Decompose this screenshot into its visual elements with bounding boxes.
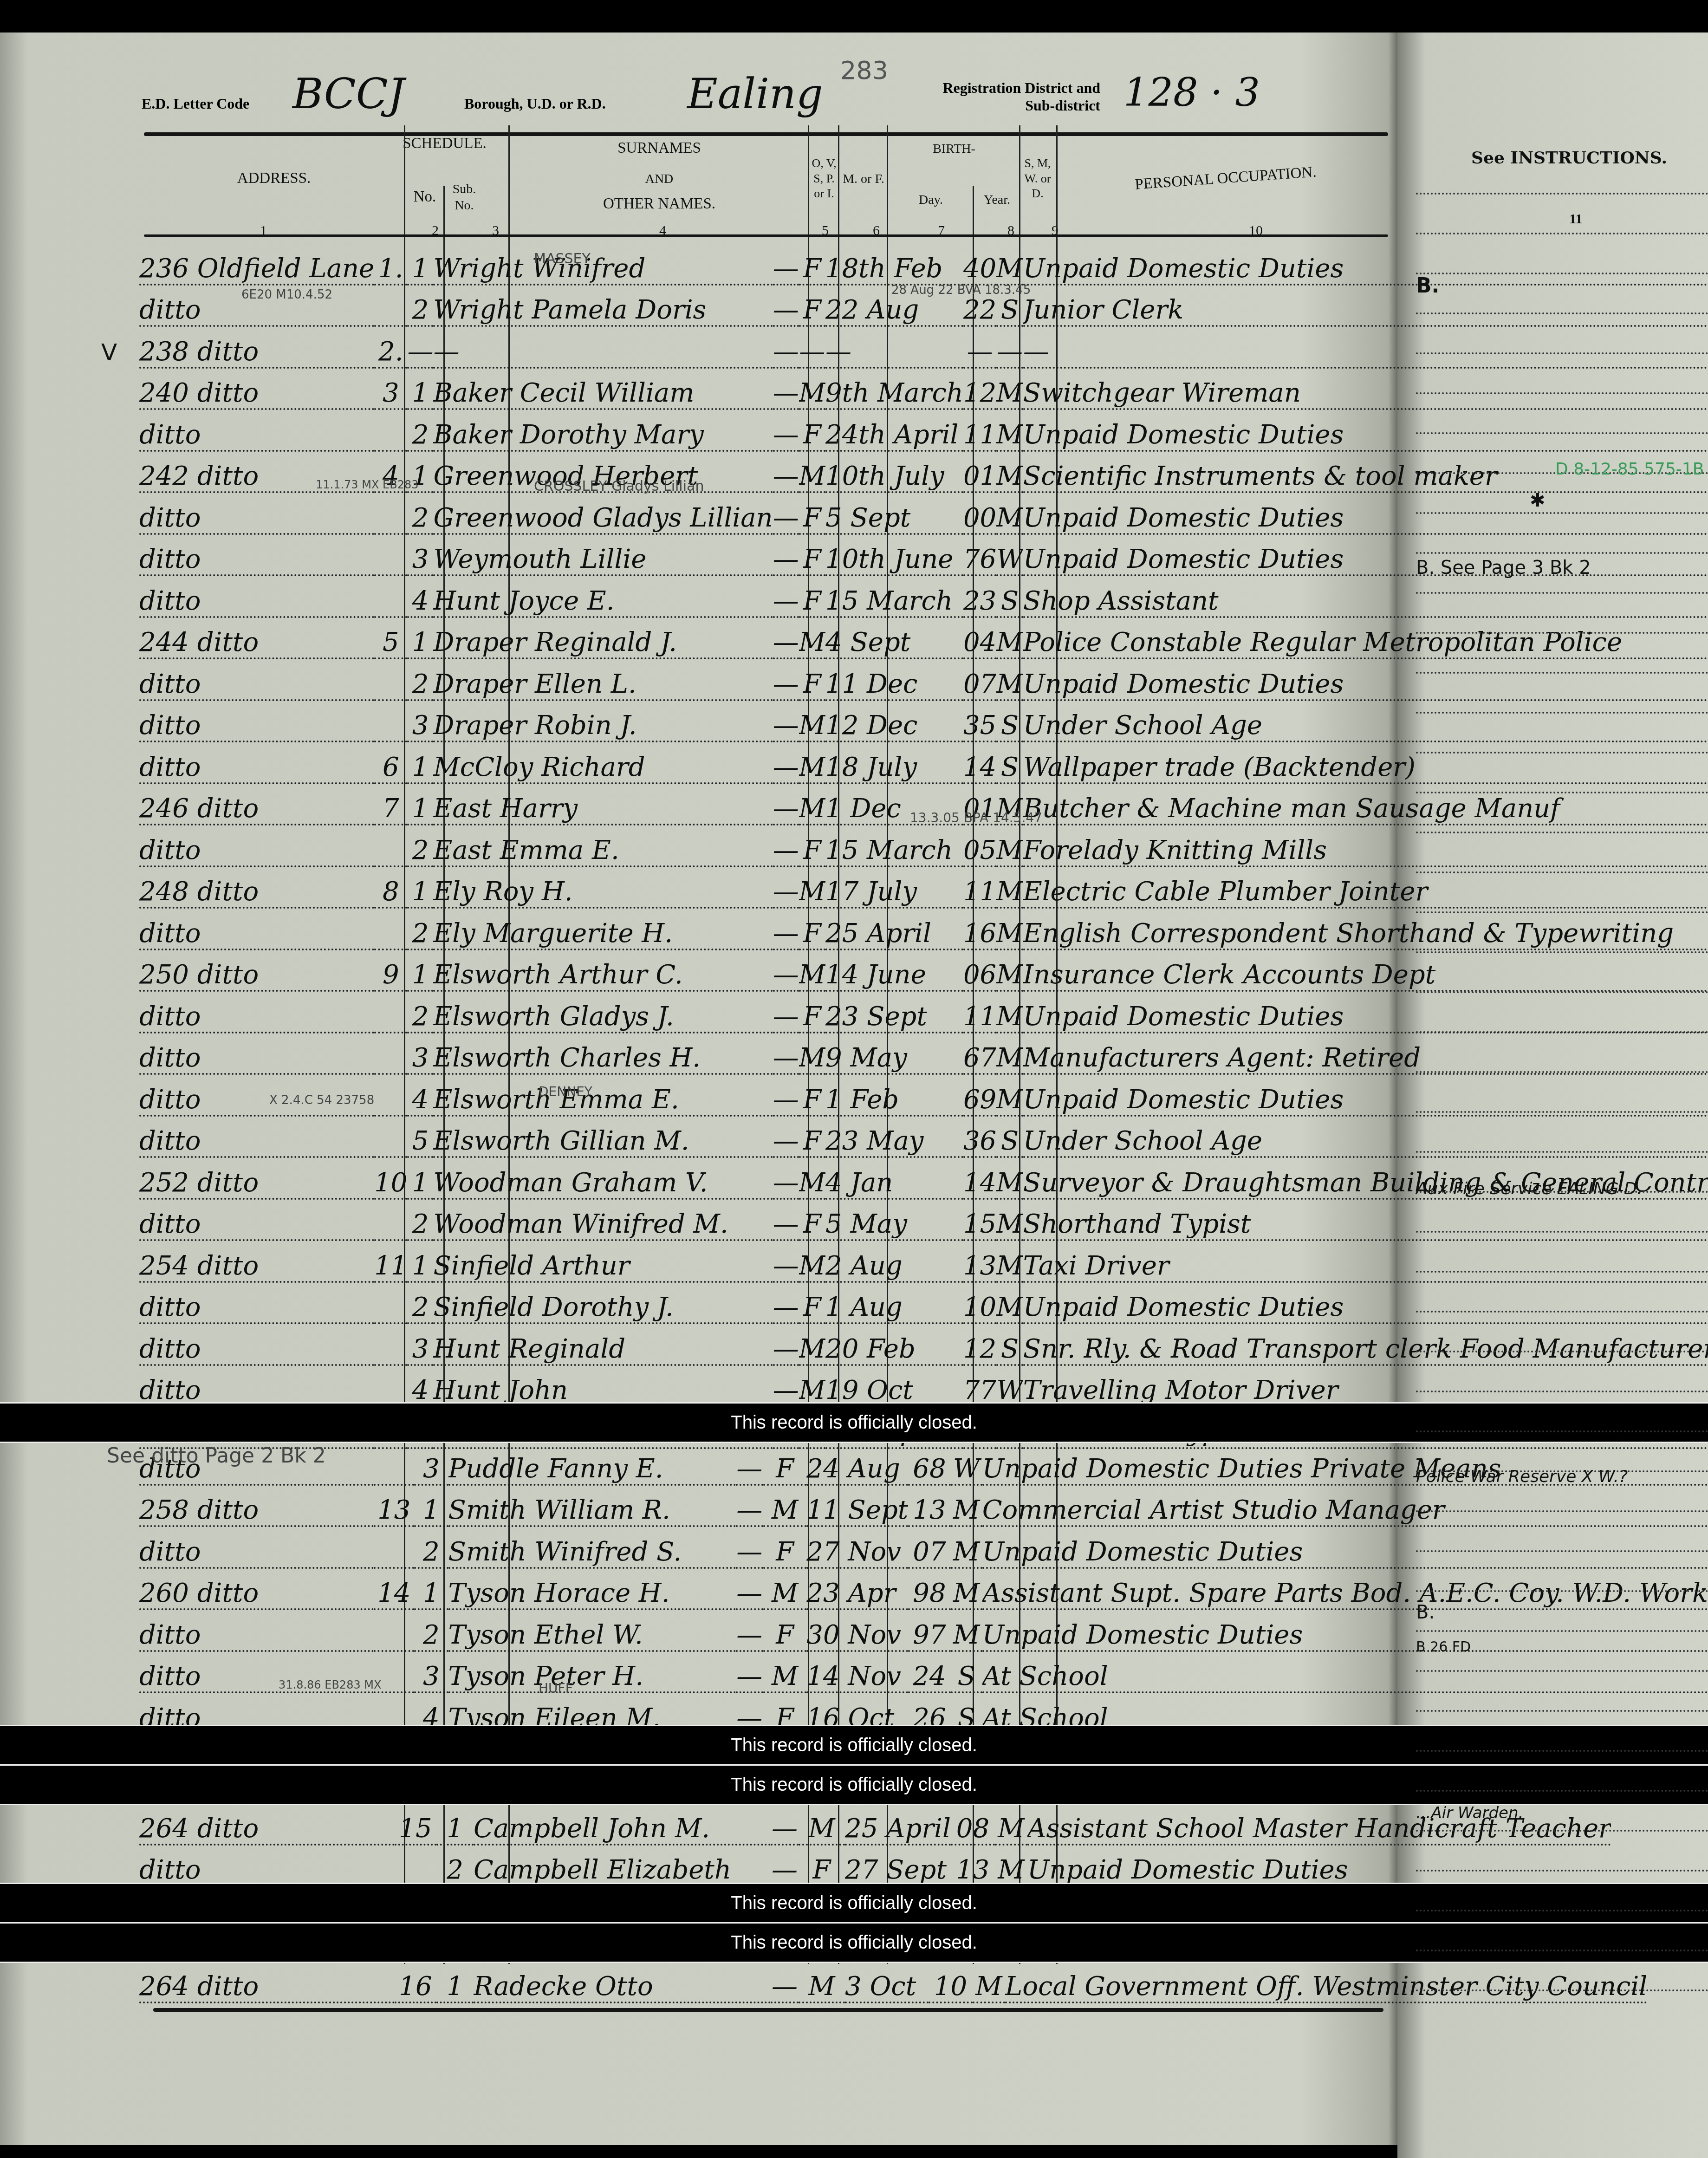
cell-schedule <box>374 1444 414 1485</box>
table-row: ditto61McCloy Richard—M18 July14SWallpap… <box>139 741 1708 783</box>
cell-year: — <box>963 326 996 368</box>
cell-status: S <box>951 1651 982 1693</box>
cell-status: M <box>996 1282 1023 1324</box>
cell-ovsp: — <box>773 1074 799 1116</box>
cell-occupation: Unpaid Domestic Duties <box>1027 1845 1611 1886</box>
cell-day: 27 Sept <box>845 1845 951 1886</box>
cell-address: ditto <box>139 1116 374 1157</box>
cell-name: Greenwood Gladys Lillian <box>433 492 773 534</box>
right-note-b2: B. <box>1416 1602 1435 1623</box>
cell-sex: F <box>799 244 825 285</box>
cell-schedule <box>374 908 407 949</box>
cell-status: M <box>996 409 1023 451</box>
cell-name: Elsworth Gillian M. <box>433 1116 773 1157</box>
cell-day: 1 Feb <box>825 1074 963 1116</box>
cell-ovsp: — <box>771 1845 799 1886</box>
cell-day: 18 July <box>825 741 963 783</box>
cell-sex: M <box>799 1323 825 1365</box>
table-row: ditto2Smith Winifred S.—F27 Nov07MUnpaid… <box>139 1526 1708 1568</box>
right-page-rule <box>1416 1111 1708 1113</box>
closed-record-banner: This record is officially closed. <box>0 1725 1708 1766</box>
table-row: ditto2Ely Marguerite H.—F25 April16MEngl… <box>139 908 1708 949</box>
right-note-b-see-page: B. See Page 3 Bk 2 <box>1416 557 1591 578</box>
cell-address: 238 ditto <box>139 326 374 368</box>
cell-day: 25 April <box>845 1804 951 1845</box>
cell-occupation: Manufacturers Agent: Retired <box>1023 1033 1708 1074</box>
cell-schedule: 13 <box>374 1485 414 1527</box>
cell-sub: 3 <box>407 1323 433 1365</box>
cell-schedule <box>374 1116 407 1157</box>
cell-year: 13 <box>963 1240 996 1282</box>
cell-name: Ely Marguerite H. <box>433 908 773 949</box>
cell-sex: M <box>763 1485 806 1527</box>
cell-ovsp: — <box>773 949 799 991</box>
cell-name: Elsworth Charles H. <box>433 1033 773 1074</box>
cell-address: ditto <box>139 1365 374 1407</box>
cell-schedule <box>374 700 407 742</box>
cell-status: M <box>996 949 1023 991</box>
cell-year: 10 <box>929 1962 973 2002</box>
col-birth-heading: BIRTH- <box>889 135 1019 162</box>
right-note-b: B. <box>1416 274 1439 298</box>
right-page-rule <box>1416 1391 1708 1392</box>
cell-address: 246 ditto <box>139 783 374 825</box>
right-page-rule <box>1416 792 1708 793</box>
right-page-rule <box>1416 1071 1708 1073</box>
right-page-rule <box>1416 832 1708 833</box>
cell-day: 30 Nov <box>806 1609 908 1651</box>
right-page-rule <box>1416 1910 1708 1911</box>
cell-schedule <box>374 1033 407 1074</box>
table-row: ditto4Elsworth Emma E.—F1 Feb69MUnpaid D… <box>139 1074 1708 1116</box>
cell-status: S <box>996 575 1023 617</box>
cell-day: 17 July <box>825 866 963 908</box>
cell-address: ditto <box>139 1609 374 1651</box>
table-row: ditto2Campbell Elizabeth—F27 Sept13MUnpa… <box>139 1845 1611 1886</box>
cell-day: 23 Apr <box>806 1568 908 1610</box>
cell-sub: 1 <box>436 1962 474 2002</box>
cell-schedule <box>374 1074 407 1116</box>
table-row: ditto2Woodman Winifred M.—F5 May15MShort… <box>139 1199 1708 1241</box>
right-page-rule <box>1416 1311 1708 1313</box>
cell-ovsp: — <box>773 825 799 866</box>
cell-schedule: 14 <box>374 1568 414 1610</box>
cell-address: ditto <box>139 658 374 700</box>
right-page-rule <box>1416 752 1708 754</box>
cell-sex: F <box>763 1609 806 1651</box>
cell-schedule: 2. <box>374 326 407 368</box>
cell-schedule <box>374 492 407 534</box>
cell-schedule: 1. <box>374 244 407 285</box>
cell-occupation: Unpaid Domestic Duties <box>1023 1074 1708 1116</box>
cell-schedule: 16 <box>395 1962 436 2002</box>
table-row: ditto3Elsworth Charles H.—M9 May67MManuf… <box>139 1033 1708 1074</box>
cell-name: Hunt Joyce E. <box>433 575 773 617</box>
cell-day: 5 May <box>825 1199 963 1241</box>
cell-year: 13 <box>951 1845 995 1886</box>
cell-sex: F <box>799 575 825 617</box>
cell-sex: M <box>799 1240 825 1282</box>
cell-day: 18th Feb <box>825 244 963 285</box>
cell-day: 14 Nov <box>806 1651 908 1693</box>
cell-schedule <box>374 575 407 617</box>
right-note-police-war-reserve: Police War Reserve X W.? <box>1416 1467 1628 1486</box>
cell-ovsp: — <box>773 1116 799 1157</box>
cell-status: M <box>996 1240 1023 1282</box>
cell-sub: 1 <box>414 1485 448 1527</box>
cell-occupation: Butcher & Machine man Sausage Manuf <box>1023 783 1708 825</box>
cell-occupation: Switchgear Wireman <box>1023 368 1708 409</box>
annotation-denney: DENNEY <box>539 1084 592 1099</box>
cell-occupation: — <box>1023 326 1708 368</box>
cell-name: Smith William R. <box>448 1485 736 1527</box>
cell-sub: 1 <box>407 244 433 285</box>
cell-day: 4 Jan <box>825 1157 963 1199</box>
cell-status: M <box>996 991 1023 1033</box>
cell-status: M <box>996 825 1023 866</box>
cell-year: 35 <box>963 700 996 742</box>
cell-name: East Harry <box>433 783 773 825</box>
right-page-rule <box>1416 312 1708 314</box>
cell-occupation: Unpaid Domestic Duties <box>1023 1282 1708 1324</box>
cell-sub: 1 <box>414 1568 448 1610</box>
cell-address: ditto <box>139 1845 395 1886</box>
cell-address: 258 ditto <box>139 1485 374 1527</box>
right-page-rule <box>1416 1950 1708 1951</box>
col-ovsp-heading: O, V, S, P. or I. <box>810 125 838 232</box>
table-row: ditto3Hunt Reginald—M20 Feb12SSnr. Rly. … <box>139 1323 1708 1365</box>
cell-day: 9 May <box>825 1033 963 1074</box>
col-mf-heading: M. or F. <box>840 125 887 232</box>
table-row: 258 ditto131Smith William R.—M11 Sept13M… <box>139 1485 1708 1527</box>
col-instructions-heading: See INSTRUCTIONS. <box>1439 139 1699 176</box>
closed-record-text: This record is officially closed. <box>731 1932 977 1953</box>
cell-status: M <box>951 1485 982 1527</box>
cell-day: 11 Dec <box>825 658 963 700</box>
reg-district-value: 128 · 3 <box>1124 70 1260 115</box>
cell-sex: F <box>799 1116 825 1157</box>
right-page-rule <box>1416 273 1708 274</box>
cell-sub: 1 <box>407 617 433 659</box>
cell-schedule <box>374 658 407 700</box>
cell-status: M <box>951 1609 982 1651</box>
cell-name: Smith Winifred S. <box>448 1526 736 1568</box>
cell-name: Sinfield Dorothy J. <box>433 1282 773 1324</box>
cell-ovsp: — <box>773 866 799 908</box>
cell-name: Ely Roy H. <box>433 866 773 908</box>
right-note-aux-fire: Aux Fire Service EALING D. <box>1416 1179 1642 1198</box>
cell-sex: M <box>799 451 825 493</box>
table-row: ditto2Elsworth Gladys J.—F23 Sept11MUnpa… <box>139 991 1708 1033</box>
cell-occupation: Shorthand Typist <box>1023 1199 1708 1241</box>
cell-sub: 2 <box>407 991 433 1033</box>
table-row: 264 ditto151Campbell John M.—M25 April08… <box>139 1804 1611 1845</box>
cell-address: 240 ditto <box>139 368 374 409</box>
cell-sub: 1 <box>407 783 433 825</box>
cell-address: ditto <box>139 700 374 742</box>
cell-occupation: Wallpaper trade (Backtender) <box>1023 741 1708 783</box>
cell-sex: M <box>799 700 825 742</box>
cell-sub: 4 <box>407 575 433 617</box>
cell-day: 24th April <box>825 409 963 451</box>
cell-day: 15 March <box>825 825 963 866</box>
table-row: ditto4Hunt John—M19 Oct77WTravelling Mot… <box>139 1365 1708 1407</box>
right-page-rule <box>1416 951 1708 953</box>
cell-schedule: 7 <box>374 783 407 825</box>
cell-status: — <box>996 326 1023 368</box>
cell-name: Wright Pamela Doris <box>433 285 773 326</box>
cell-ovsp: — <box>773 991 799 1033</box>
cell-name: Wright Winifred <box>433 244 773 285</box>
cell-status: M <box>973 1962 1005 2002</box>
cell-occupation: Shop Assistant <box>1023 575 1708 617</box>
cell-ovsp: — <box>773 1282 799 1324</box>
cell-year: 77 <box>963 1365 996 1407</box>
cell-year: 11 <box>963 866 996 908</box>
cell-sub: 1 <box>407 1157 433 1199</box>
cell-address: 264 ditto <box>139 1962 395 2002</box>
cell-status: M <box>996 1033 1023 1074</box>
cell-occupation: Junior Clerk <box>1023 285 1708 326</box>
right-note-air-warden: ...Air Warden. <box>1416 1804 1523 1822</box>
annotation-tyson: 31.8.86 EB283 MX <box>279 1678 381 1691</box>
annotation-ditto-note: 6E20 M10.4.52 <box>241 288 332 302</box>
cell-day: 2 Aug <box>825 1240 963 1282</box>
cell-status: M <box>996 244 1023 285</box>
cell-ovsp: — <box>736 1526 763 1568</box>
cell-year: 07 <box>908 1526 950 1568</box>
cell-occupation: Unpaid Domestic Duties <box>1023 244 1708 285</box>
cell-ovsp: — <box>773 700 799 742</box>
cell-ovsp: — <box>773 1033 799 1074</box>
col-subno-heading: Sub. No. <box>446 176 483 218</box>
cell-year: 00 <box>963 492 996 534</box>
cell-address: 244 ditto <box>139 617 374 659</box>
right-page-rule <box>1416 392 1708 394</box>
cell-ovsp: — <box>736 1651 763 1693</box>
col-smwd-heading: S, M, W. or D. <box>1021 125 1054 232</box>
reg-district-label: Registration District and Sub-district <box>933 79 1100 115</box>
cell-day: 4 Sept <box>825 617 963 659</box>
cell-sub: 1 <box>407 866 433 908</box>
cell-sub: 2 <box>436 1845 474 1886</box>
cell-status: S <box>996 1116 1023 1157</box>
cell-sex: F <box>799 285 825 326</box>
cell-schedule <box>374 825 407 866</box>
cell-sex: F <box>799 991 825 1033</box>
cell-schedule <box>374 1282 407 1324</box>
cell-day: 1 Aug <box>825 1282 963 1324</box>
cell-ovsp: — <box>773 326 799 368</box>
cell-year: 01 <box>963 451 996 493</box>
cell-year: 12 <box>963 1323 996 1365</box>
cell-address: 252 ditto <box>139 1157 374 1199</box>
cell-day: 5 Sept <box>825 492 963 534</box>
cell-name: Elsworth Emma E. <box>433 1074 773 1116</box>
cell-address: ditto <box>139 534 374 576</box>
right-page-rule <box>1416 1430 1708 1432</box>
right-page-rule <box>1416 712 1708 714</box>
cell-day: 25 April <box>825 908 963 949</box>
cell-year: 11 <box>963 991 996 1033</box>
table-row: 236 Oldfield Lane1.1Wright Winifred—F18t… <box>139 244 1708 285</box>
cell-day: 3 Oct <box>845 1962 929 2002</box>
cell-occupation: Unpaid Domestic Duties <box>1023 409 1708 451</box>
cell-status: S <box>996 741 1023 783</box>
cell-day: 12 Dec <box>825 700 963 742</box>
col-address-heading: ADDRESS. <box>144 125 404 232</box>
cell-year: 36 <box>963 1116 996 1157</box>
cell-ovsp: — <box>773 617 799 659</box>
cell-sex: F <box>799 492 825 534</box>
right-page-rule <box>1416 1630 1708 1632</box>
cell-address: 250 ditto <box>139 949 374 991</box>
cell-status: M <box>996 617 1023 659</box>
annotation-crossley: CROSSLEY Gladys Lillian <box>534 478 704 494</box>
annotation-massey-date: 28 Aug 22 BVA 18.3.45 <box>891 283 1031 297</box>
cell-day: 24 Aug <box>806 1444 908 1485</box>
cell-status: M <box>951 1568 982 1610</box>
right-page-rule <box>1416 672 1708 674</box>
cell-ovsp: — <box>773 908 799 949</box>
right-page-rule <box>1416 1790 1708 1792</box>
cell-year: 07 <box>963 658 996 700</box>
cell-schedule <box>374 1199 407 1241</box>
cell-occupation: Unpaid Domestic Duties <box>982 1526 1708 1568</box>
right-page-rule <box>1416 552 1708 554</box>
cell-status: M <box>951 1526 982 1568</box>
cell-sub: 3 <box>407 1033 433 1074</box>
cell-day: 23 Sept <box>825 991 963 1033</box>
red-star-icon: ✱ <box>1530 490 1546 511</box>
cell-address: 236 Oldfield Lane <box>139 244 374 285</box>
cell-year: 24 <box>908 1651 950 1693</box>
cell-name: Baker Dorothy Mary <box>433 409 773 451</box>
cell-sub: 2 <box>414 1609 448 1651</box>
right-page-rule <box>1416 1989 1708 1991</box>
right-page-rule <box>1416 1151 1708 1153</box>
cell-sub: 2 <box>414 1526 448 1568</box>
cell-schedule <box>395 1845 436 1886</box>
cell-ovsp: — <box>771 1962 799 2002</box>
cell-year: 69 <box>963 1074 996 1116</box>
cell-year: 06 <box>963 949 996 991</box>
cell-address: ditto <box>139 825 374 866</box>
right-page-rule <box>1416 1750 1708 1752</box>
cell-sub: — <box>407 326 433 368</box>
cell-day: 11 Sept <box>806 1485 908 1527</box>
borough-value: Ealing <box>687 70 823 118</box>
cell-schedule: 9 <box>374 949 407 991</box>
cell-ovsp: — <box>773 741 799 783</box>
closed-record-banner: This record is officially closed. <box>0 1883 1708 1924</box>
cell-sub: 2 <box>407 409 433 451</box>
cell-sub: 2 <box>407 658 433 700</box>
register-table-block-3: 264 ditto151Campbell John M.—M25 April08… <box>139 1804 1611 1887</box>
table-row: ditto2Draper Ellen L.—F11 Dec07MUnpaid D… <box>139 658 1708 700</box>
cell-sex: F <box>799 825 825 866</box>
cell-ovsp: — <box>773 1240 799 1282</box>
cell-occupation: Forelady Knitting Mills <box>1023 825 1708 866</box>
col-day-heading: Day. <box>889 186 973 214</box>
cell-year: 11 <box>963 409 996 451</box>
cell-name: McCloy Richard <box>433 741 773 783</box>
cell-day: 23 May <box>825 1116 963 1157</box>
col-surnames-heading: SURNAMES <box>511 135 808 162</box>
closed-record-banner: This record is officially closed. <box>0 1764 1708 1805</box>
table-row: ditto2East Emma E.—F15 March05MForelady … <box>139 825 1708 866</box>
cell-sub: 2 <box>407 825 433 866</box>
annotation-massey: MASSEY <box>534 251 591 267</box>
cell-year: 97 <box>908 1609 950 1651</box>
closed-record-text: This record is officially closed. <box>731 1735 977 1756</box>
cell-address: ditto <box>139 1033 374 1074</box>
cell-ovsp: — <box>773 1157 799 1199</box>
cell-schedule <box>374 1526 414 1568</box>
cell-sub: 1 <box>407 1240 433 1282</box>
page-stamp: 283 <box>840 56 888 85</box>
table-row: 260 ditto141Tyson Horace H.—M23 Apr98MAs… <box>139 1568 1708 1610</box>
cell-status: M <box>996 866 1023 908</box>
cell-occupation: English Correspondent Shorthand & Typewr… <box>1023 908 1708 949</box>
cell-sex: M <box>799 949 825 991</box>
right-page-rule <box>1416 233 1708 234</box>
annotation-elsworth: X 2.4.C 54 23758 <box>269 1093 374 1107</box>
right-page-rule <box>1416 1510 1708 1512</box>
cell-name: Draper Ellen L. <box>433 658 773 700</box>
cell-status: M <box>996 1199 1023 1241</box>
ed-letter-code-value: BCCJ <box>292 70 405 118</box>
cell-address: ditto <box>139 908 374 949</box>
cell-ovsp: — <box>736 1444 763 1485</box>
cell-sub: 5 <box>407 1116 433 1157</box>
closed-record-banner: This record is officially closed. <box>0 1922 1708 1963</box>
table-row: 238 ditto2.———————— <box>139 326 1708 368</box>
annotation-huff: HUFF <box>539 1681 573 1696</box>
cell-day: 19 Oct <box>825 1365 963 1407</box>
cell-schedule: 8 <box>374 866 407 908</box>
cell-schedule <box>374 409 407 451</box>
cell-year: 12 <box>963 368 996 409</box>
cell-year: 14 <box>963 1157 996 1199</box>
cell-sub: 2 <box>407 1282 433 1324</box>
closed-record-text: This record is officially closed. <box>731 1893 977 1914</box>
cell-name: Puddle Fanny E. <box>448 1444 736 1485</box>
closed-record-banner: This record is officially closed. <box>0 1402 1708 1443</box>
cell-status: S <box>996 1323 1023 1365</box>
cell-schedule: 15 <box>395 1804 436 1845</box>
right-page-rule <box>1416 911 1708 913</box>
cell-sub: 4 <box>407 1074 433 1116</box>
cell-year: 40 <box>963 244 996 285</box>
right-page-rule <box>1416 1670 1708 1672</box>
cell-status: M <box>995 1845 1027 1886</box>
cell-occupation: Unpaid Domestic Duties <box>1023 534 1708 576</box>
cell-name: Baker Cecil William <box>433 368 773 409</box>
cell-address: ditto <box>139 1526 374 1568</box>
right-note-d-green: D 8-12-85 575-1B <box>1555 460 1704 479</box>
cell-ovsp: — <box>736 1609 763 1651</box>
cell-sex: M <box>799 1157 825 1199</box>
cell-sex: M <box>799 1365 825 1407</box>
right-page-rule <box>1416 432 1708 434</box>
right-note-b26: B 26 FD <box>1416 1639 1471 1655</box>
heading-rule <box>144 234 1388 237</box>
right-page-rule <box>1416 1231 1708 1233</box>
cell-sub: 1 <box>407 368 433 409</box>
cell-sex: F <box>799 1199 825 1241</box>
right-page-rule <box>1416 1870 1708 1872</box>
